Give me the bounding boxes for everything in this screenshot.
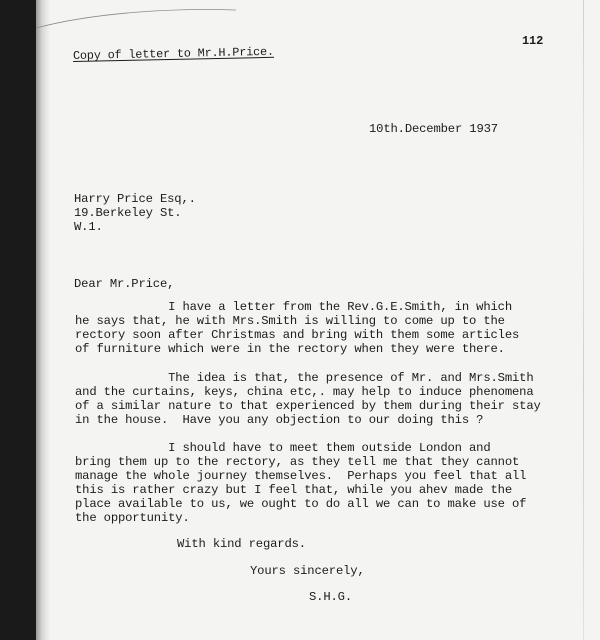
recipient-name: Harry Price Esq,. [74,192,196,206]
paragraph-line: The idea is that, the presence of Mr. an… [75,371,533,385]
paragraph-line: of furniture which were in the rectory w… [75,342,505,356]
signature: S.H.G. [309,590,352,604]
paragraph-line: in the house. Have you any objection to … [75,413,483,427]
paragraph-line: he says that, he with Mrs.Smith is willi… [75,314,505,328]
page-number: 112 [522,34,543,48]
paragraph-line: of a similar nature to that experienced … [75,399,541,413]
paragraph-line: this is rather crazy but I feel that, wh… [75,483,512,497]
salutation: Dear Mr.Price, [74,277,174,291]
paragraph-line: the opportunity. [75,511,190,525]
recipient-street: 19.Berkeley St. [74,206,181,220]
paragraph-line: bring them up to the rectory, as they te… [75,455,519,469]
paragraph-line: manage the whole journey themselves. Per… [75,469,526,483]
paragraph-line: I should have to meet them outside Londo… [75,441,491,455]
recipient-district: W.1. [74,220,103,234]
sign-off: Yours sincerely, [250,564,365,578]
paragraph-line: I have a letter from the Rev.G.E.Smith, … [75,300,512,314]
letter-heading: Copy of letter to Mr.H.Price. [73,45,274,63]
letter-date: 10th.December 1937 [369,122,498,136]
closing: With kind regards. [177,537,306,551]
letter-page: 112 Copy of letter to Mr.H.Price. 10th.D… [0,0,600,640]
paragraph-line: and the curtains, keys, china etc,. may … [75,385,533,399]
paragraph-line: rectory soon after Christmas and bring w… [75,328,519,342]
paragraph-line: place available to us, we ought to do al… [75,497,526,511]
